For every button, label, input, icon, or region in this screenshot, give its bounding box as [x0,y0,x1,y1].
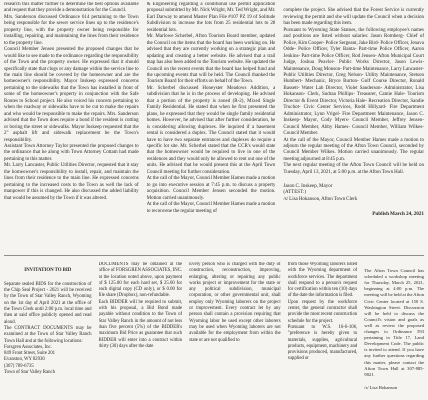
minutes-column-3: complete the project. She advised that t… [283,2,424,252]
minutes-column-2: & Engineering regarding a conditional us… [147,2,276,252]
invitation-to-bid-column-1: INVITATION TO BID Separate sealed BIDS f… [4,262,92,394]
minutes-column-3-body: complete the project. She advised that t… [283,8,424,176]
council-minutes-notice: research this matter further to determin… [4,2,424,252]
workshop-notice-signature: /s/ Lisa Hokanson [364,385,424,391]
labor-notice-column-2: from those Wyoming laborers listed with … [288,262,358,394]
workshop-notice-body: The Afton Town Council has scheduled a w… [364,268,424,378]
workshop-notice-column: The Afton Town Council has scheduled a w… [364,262,424,394]
labor-notice-column-1: Every person who is charged with the dut… [189,262,281,394]
minutes-column-1: research this matter further to determin… [4,2,139,252]
section-divider [4,255,424,256]
invitation-to-bid-body-1: Separate sealed BIDS for the constructio… [4,282,92,376]
newspaper-page: research this matter further to determin… [0,0,428,400]
public-notices-section: INVITATION TO BID Separate sealed BIDS f… [4,262,424,394]
invitation-to-bid-title: INVITATION TO BID [4,268,92,274]
signature-lines: Jason C. Inskeep, Mayor (ATTEST:) /s/ Li… [283,184,424,203]
invitation-to-bid-column-2: DOCUMENTS may be obtained at the office … [99,262,183,394]
publish-date: Publish March 24, 2021 [283,211,424,217]
